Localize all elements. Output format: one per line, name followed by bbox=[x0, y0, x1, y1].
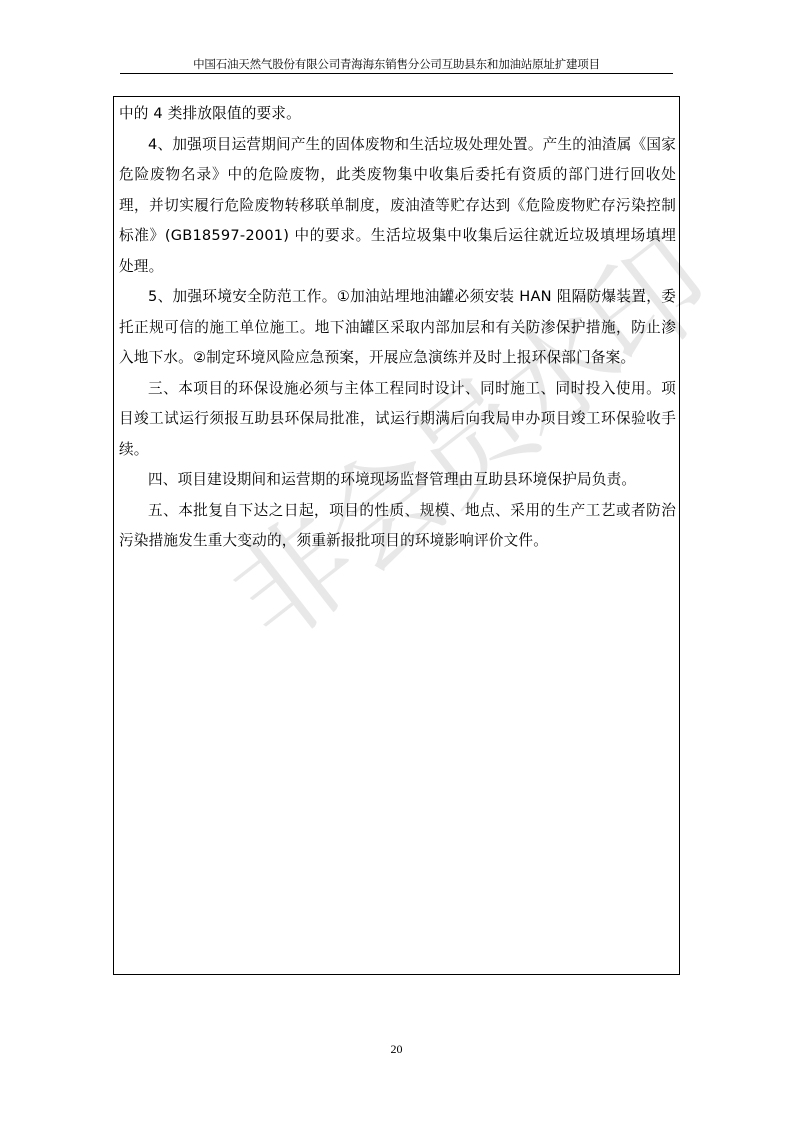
paragraph-item-5-safety: 5、加强环境安全防范工作。①加油站埋地油罐必须安装 HAN 阻隔防爆装置，委托正… bbox=[119, 282, 676, 374]
paragraph-section-4-supervision: 四、项目建设期间和运营期的环境现场监督管理由互助县环境保护局负责。 bbox=[119, 465, 676, 496]
body-text: 中的 4 类排放限值的要求。 4、加强项目运营期间产生的固体废物和生活垃圾处理处… bbox=[119, 99, 676, 557]
header-rule bbox=[120, 73, 673, 74]
paragraph-item-4-solid-waste: 4、加强项目运营期间产生的固体废物和生活垃圾处理处置。产生的油渣属《国家危险废物… bbox=[119, 130, 676, 283]
paragraph-continuation: 中的 4 类排放限值的要求。 bbox=[119, 99, 676, 130]
paragraph-section-5-validity: 五、本批复自下达之日起，项目的性质、规模、地点、采用的生产工艺或者防治污染措施发… bbox=[119, 496, 676, 557]
running-header-title: 中国石油天然气股份有限公司青海海东销售分公司互助县东和加油站原址扩建项目 bbox=[120, 57, 673, 71]
page-number: 20 bbox=[0, 1042, 793, 1057]
paragraph-section-3-facilities: 三、本项目的环保设施必须与主体工程同时设计、同时施工、同时投入使用。项目竣工试运… bbox=[119, 374, 676, 466]
